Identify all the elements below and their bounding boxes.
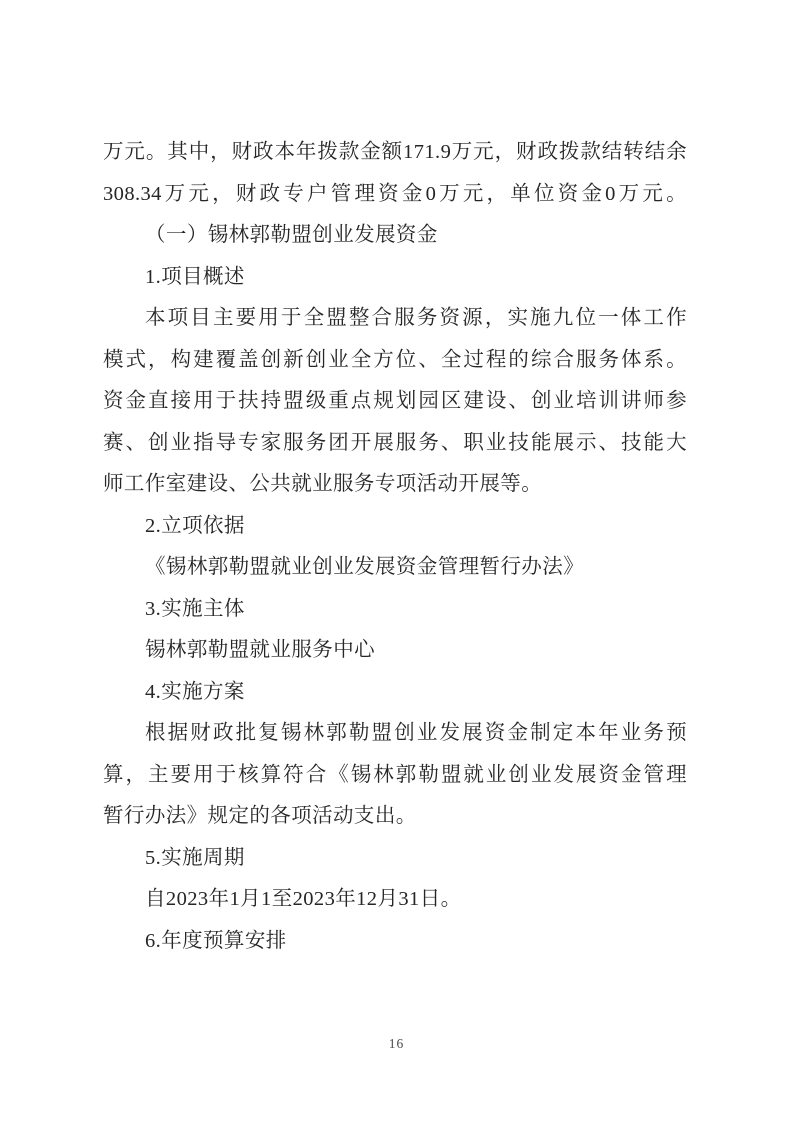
- text-line: 根据财政批复锡林郭勒盟创业发展资金制定本年业务预: [103, 713, 687, 755]
- text-line: 锡林郭勒盟就业服务中心: [103, 630, 687, 672]
- numbered-heading: 4.实施方案: [103, 672, 687, 714]
- page-number: 16: [0, 1036, 793, 1052]
- text-line: 资金直接用于扶持盟级重点规划园区建设、创业培训讲师参: [103, 381, 687, 423]
- text-line: 本项目主要用于全盟整合服务资源，实施九位一体工作: [103, 298, 687, 340]
- text-line: 自2023年1月1至2023年12月31日。: [103, 879, 687, 921]
- text-line: 赛、创业指导专家服务团开展服务、职业技能展示、技能大: [103, 423, 687, 465]
- numbered-heading: 3.实施主体: [103, 589, 687, 631]
- text-line: 308.34万元，财政专户管理资金0万元，单位资金0万元。: [103, 174, 687, 216]
- numbered-heading: 1.项目概述: [103, 257, 687, 299]
- numbered-heading: 2.立项依据: [103, 506, 687, 548]
- numbered-heading: 5.实施周期: [103, 838, 687, 880]
- text-line: 算，主要用于核算符合《锡林郭勒盟就业创业发展资金管理: [103, 755, 687, 797]
- text-line: 模式，构建覆盖创新创业全方位、全过程的综合服务体系。: [103, 340, 687, 382]
- text-content: 万元。其中，财政本年拨款金额171.9万元，财政拨款结转结余 308.34万元，…: [103, 132, 687, 962]
- text-line: 师工作室建设、公共就业服务专项活动开展等。: [103, 464, 687, 506]
- text-line: 暂行办法》规定的各项活动支出。: [103, 796, 687, 838]
- text-line: 《锡林郭勒盟就业创业发展资金管理暂行办法》: [103, 547, 687, 589]
- text-line: 万元。其中，财政本年拨款金额171.9万元，财政拨款结转结余: [103, 132, 687, 174]
- section-heading: （一）锡林郭勒盟创业发展资金: [103, 215, 687, 257]
- document-page: 万元。其中，财政本年拨款金额171.9万元，财政拨款结转结余 308.34万元，…: [0, 0, 793, 1122]
- numbered-heading: 6.年度预算安排: [103, 921, 687, 963]
